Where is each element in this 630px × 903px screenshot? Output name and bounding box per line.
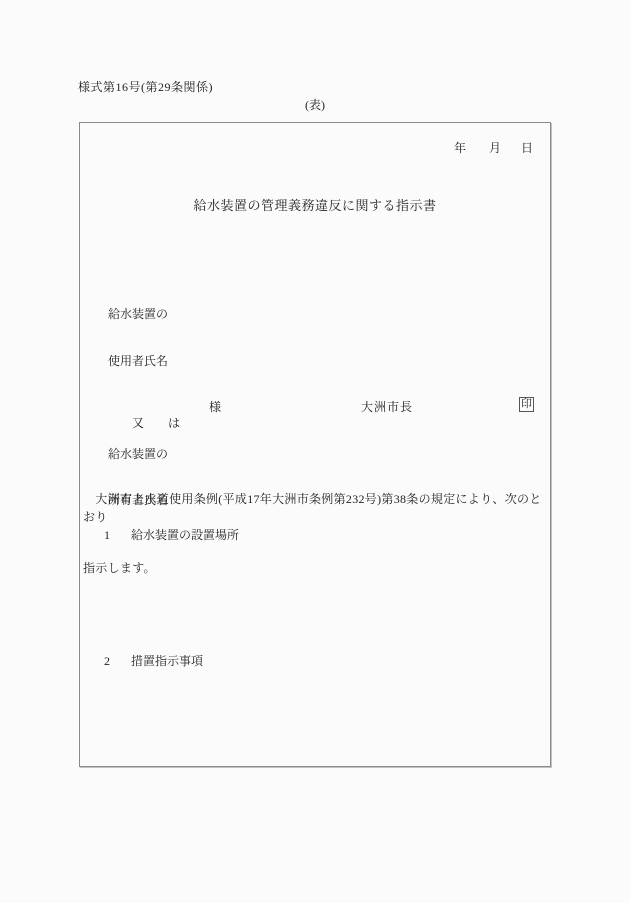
date-day-label: 日 [521,139,533,156]
recipient-line-1: 給水装置の [108,307,180,323]
item-installation-location: 1給水装置の設置場所 [86,511,239,558]
item-instruction-matters: 2措置指示事項 [86,637,203,684]
issuer-name: 大洲市長 [361,398,413,415]
recipient-line-3: 又 は 様 [108,400,180,416]
date-year-label: 年 [454,139,466,156]
body-paragraph-line-2: 指示します。 [83,560,549,577]
seal-mark: 印 [519,397,534,412]
item-1-label: 給水装置の設置場所 [131,528,239,542]
recipient-line-2: 使用者氏名 [108,354,180,370]
item-2-label: 措置指示事項 [131,654,203,668]
recipient-line-3-text: 又 は [132,416,180,430]
item-2-number: 2 [104,654,131,669]
form-number: 様式第16号(第29条関係) [78,78,213,95]
document-page: 様式第16号(第29条関係) (表) 年 月 日 給水装置の管理義務違反に関する… [0,0,630,903]
document-title: 給水装置の管理義務違反に関する指示書 [80,195,550,214]
recipient-honorific: 様 [209,400,221,416]
date-month-label: 月 [489,139,501,156]
item-1-number: 1 [104,528,131,543]
side-label: (表) [79,96,551,113]
document-border-box: 年 月 日 給水装置の管理義務違反に関する指示書 給水装置の 使用者氏名 又 は… [79,122,551,767]
